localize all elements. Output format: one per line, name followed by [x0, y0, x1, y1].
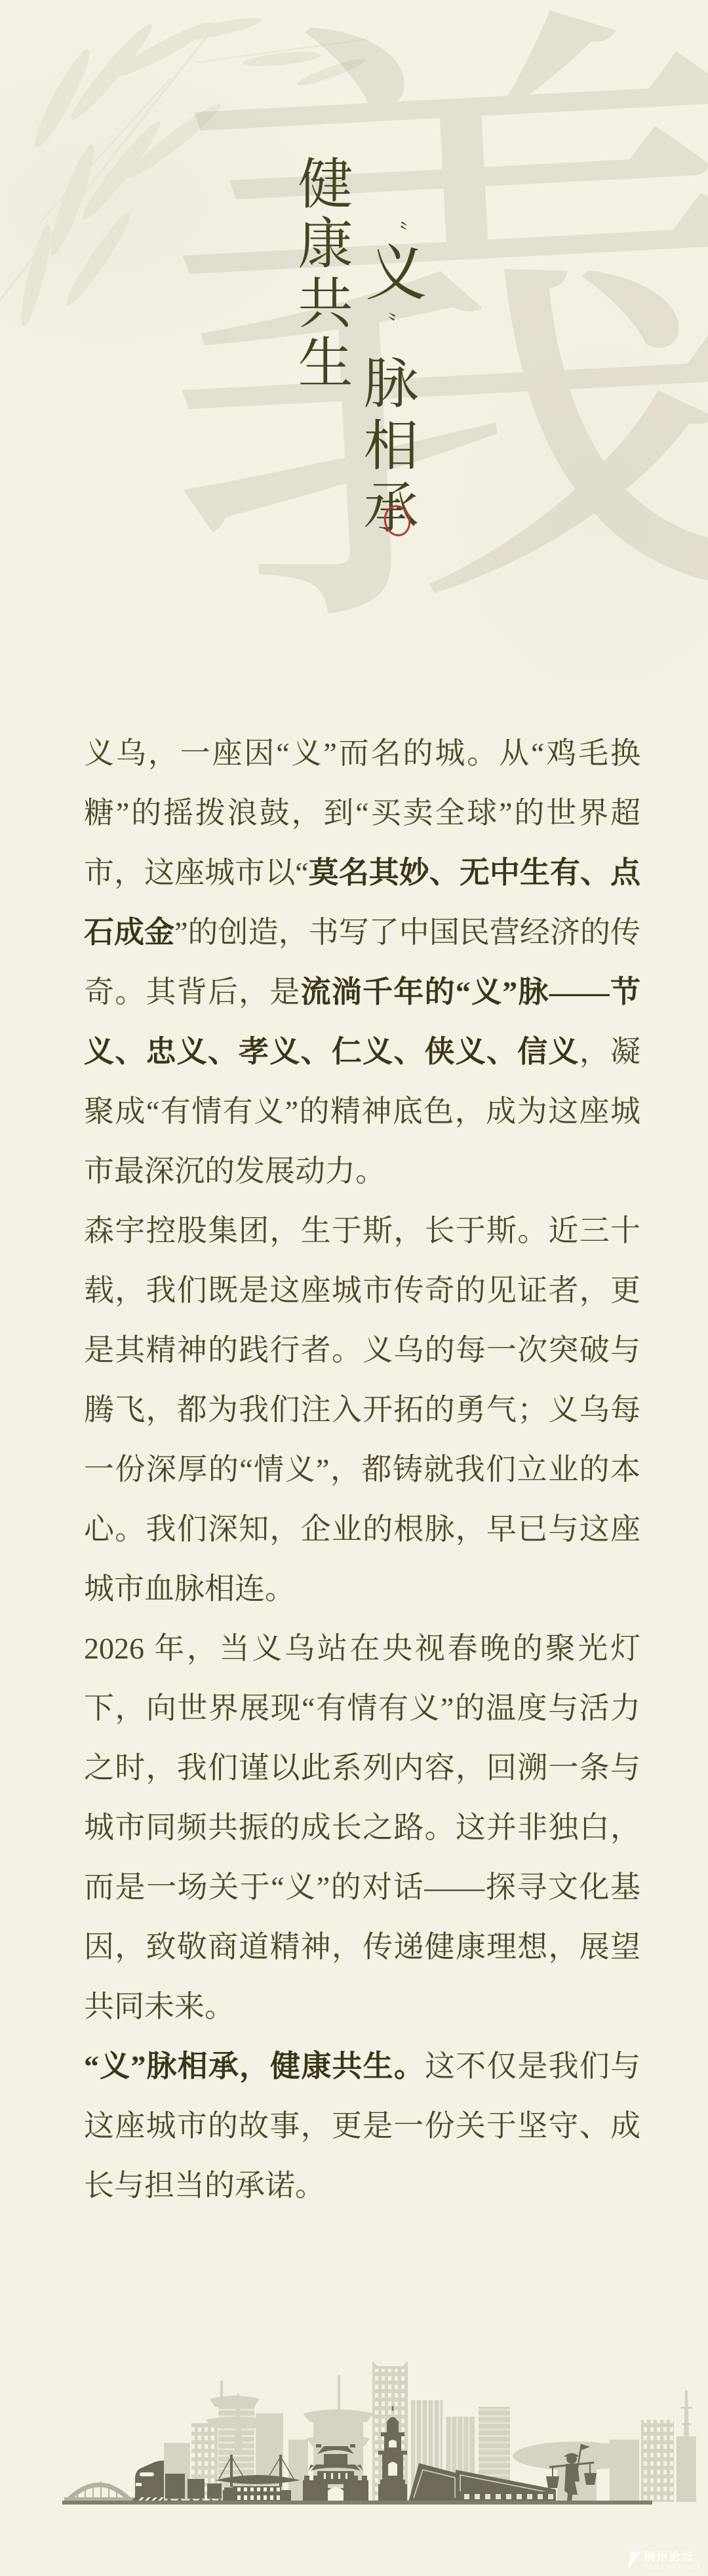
body-text: 森宇控股集团，生于斯，长于斯。近三十载，我们既是这座城市传奇的见证者，更是其精神…: [84, 1214, 640, 1605]
skyline-arch-bridge: [64, 2482, 135, 2501]
forum-watermark-url: BBS.CNYW.NET: [644, 2564, 701, 2571]
body-paragraph: 义乌，一座因“义”而名的城。从“鸡毛换糖”的摇拨浪鼓，到“买卖全球”的世界超市，…: [84, 723, 640, 1201]
forum-logo-icon: [629, 2552, 642, 2569]
forum-watermark: 稠州论坛 BBS.CNYW.NET: [629, 2550, 701, 2571]
city-skyline-illustration: [0, 2315, 708, 2538]
article-page: 義 健康共生 〝 义 〟 脉相承 义乌，一座因“义”而名的城。从“鸡毛换糖”的摇…: [0, 0, 708, 2576]
forum-watermark-title: 稠州论坛: [644, 2550, 701, 2564]
body-paragraph: “义”脉相承，健康共生。这不仅是我们与这座城市的故事，更是一份关于坚守、成长与担…: [84, 2036, 640, 2215]
title-yi-character: 义: [346, 240, 435, 302]
quote-close-mark: 〟: [388, 303, 408, 323]
body-paragraph: 森宇控股集团，生于斯，长于斯。近三十载，我们既是这座城市传奇的见证者，更是其精神…: [84, 1201, 640, 1619]
article-body: 义乌，一座因“义”而名的城。从“鸡毛换糖”的摇拨浪鼓，到“买卖全球”的世界超市，…: [84, 723, 640, 2215]
body-paragraph: 2026 年，当义乌站在央视春晚的聚光灯下，向世界展现“有情有义”的温度与活力之…: [84, 1619, 640, 2036]
body-text-bold: “义”脉相承，健康共生。: [84, 2049, 425, 2083]
body-text: 2026 年，当义乌站在央视春晚的聚光灯下，向世界展现“有情有义”的温度与活力之…: [84, 1632, 640, 2023]
